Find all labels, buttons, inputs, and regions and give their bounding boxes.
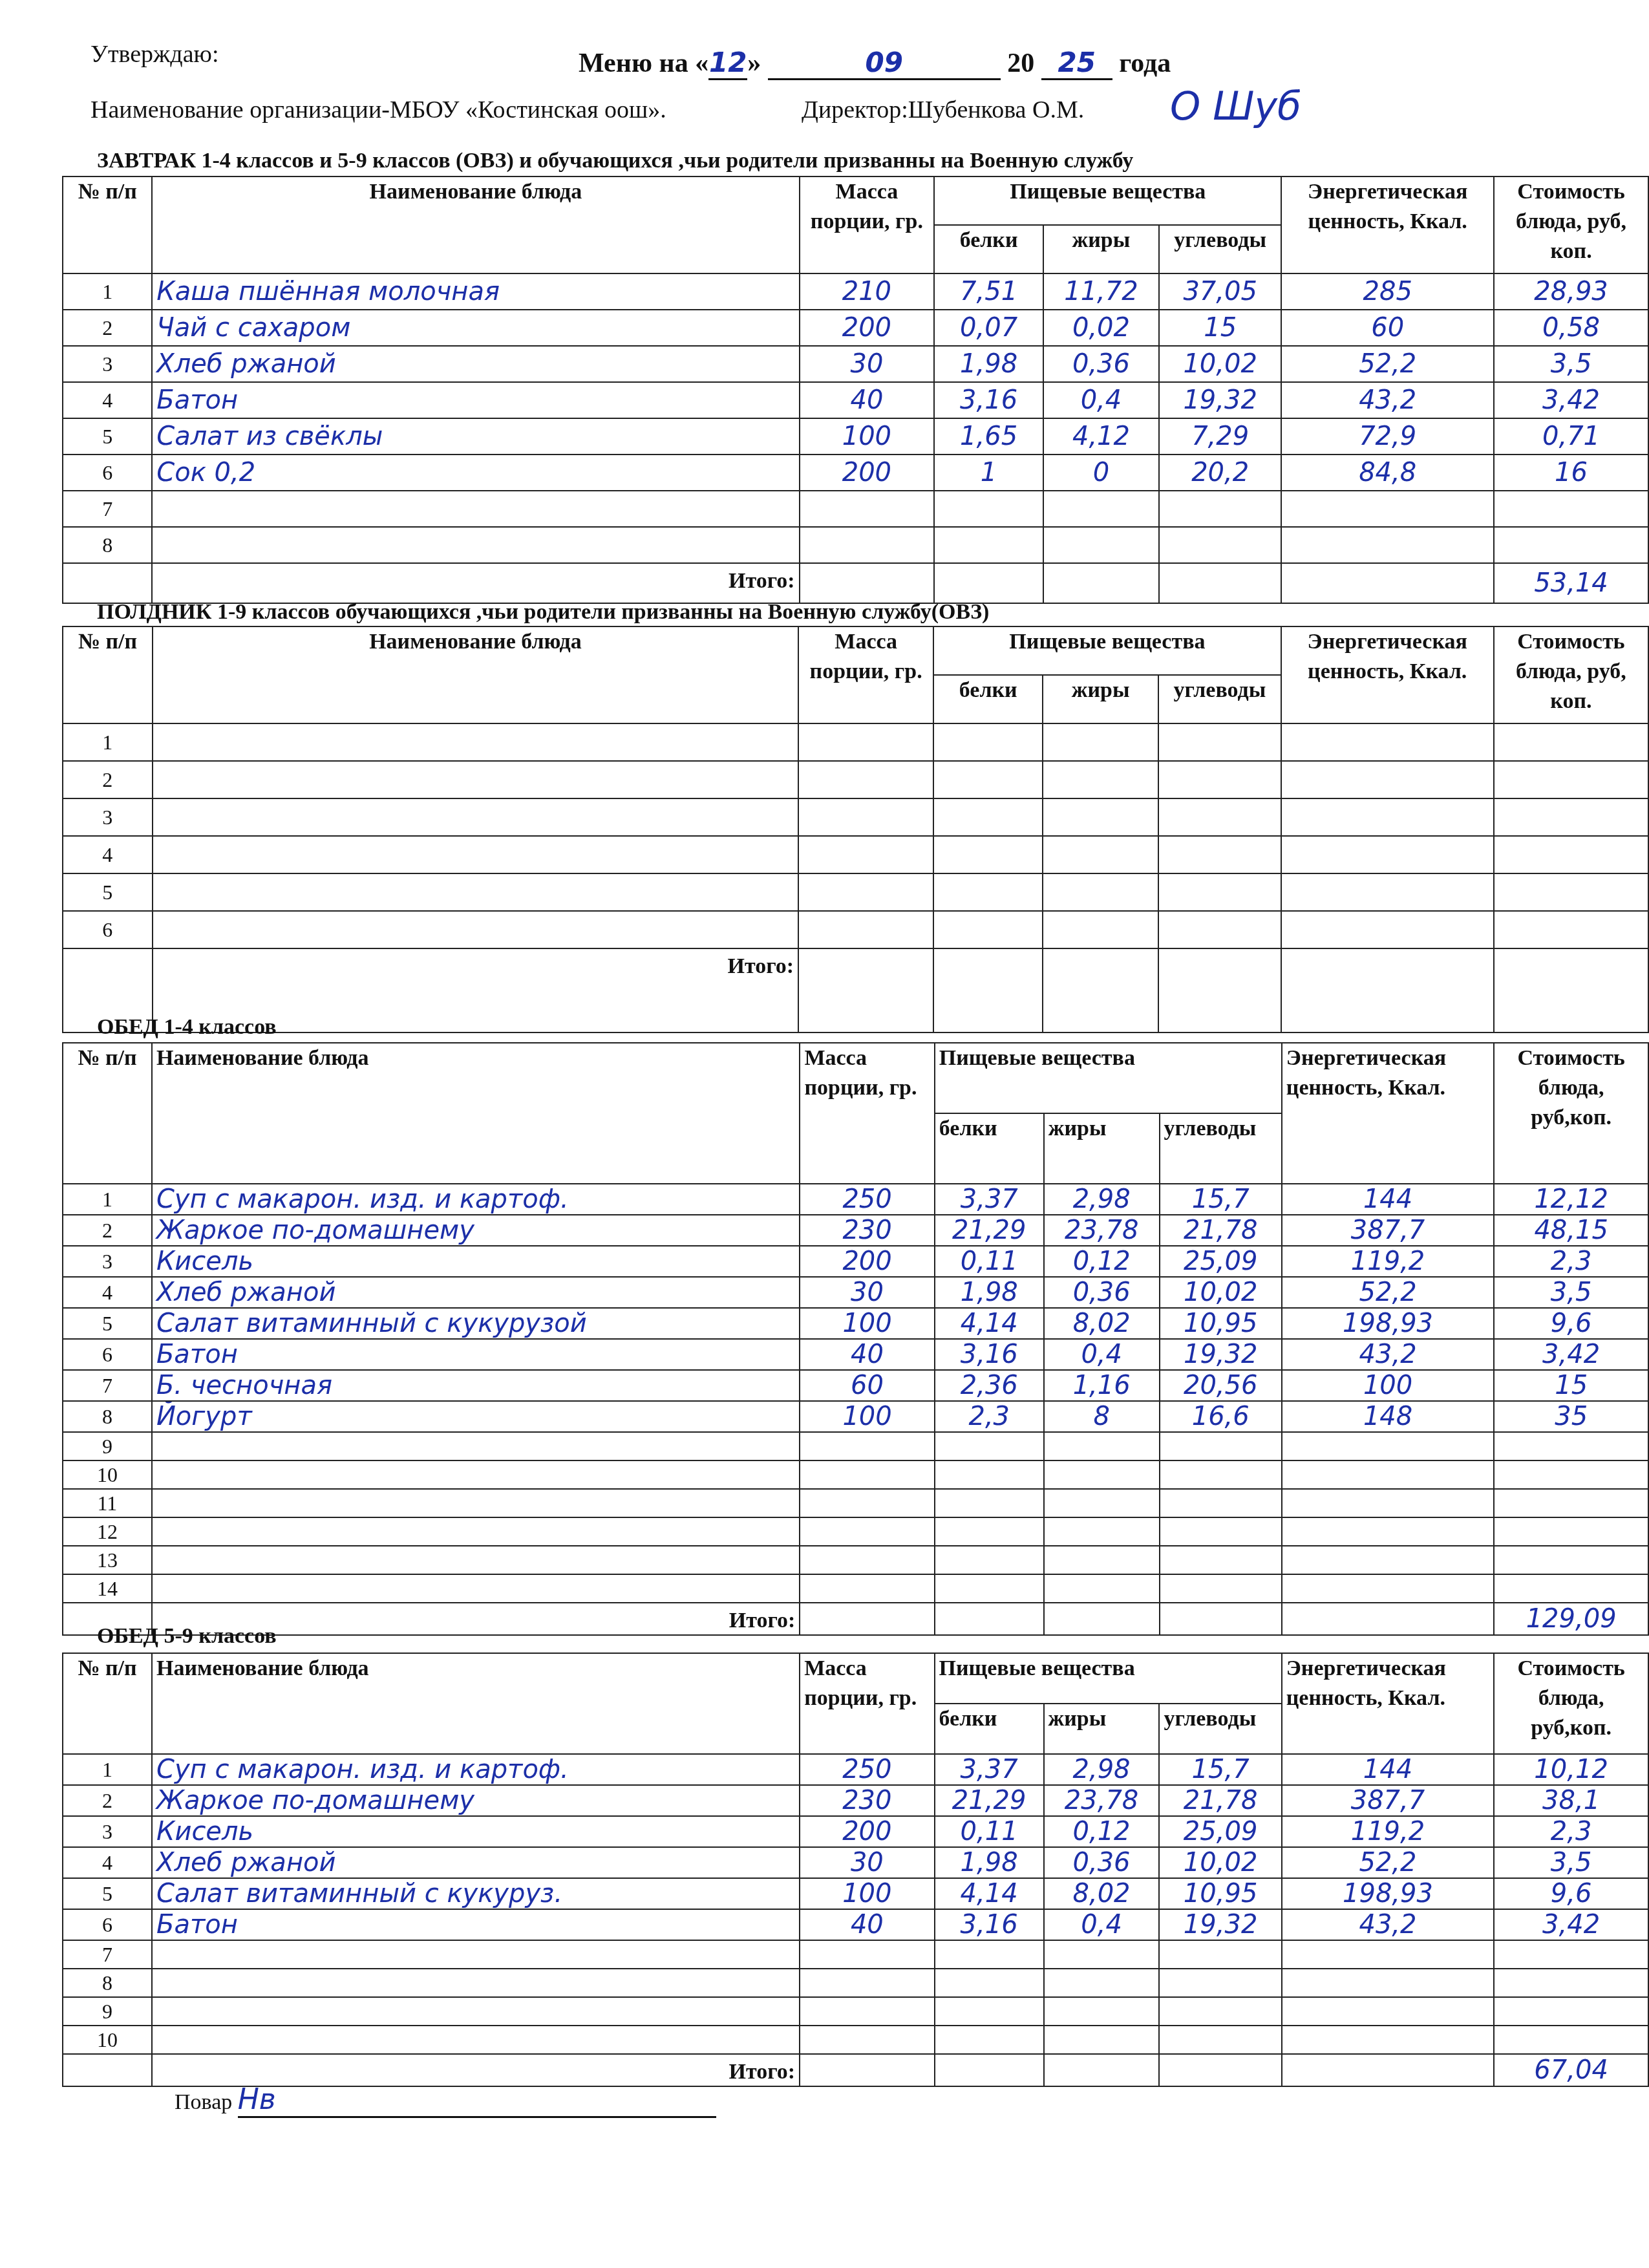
dish-cost: 38,1 bbox=[1494, 1785, 1648, 1816]
dish-name bbox=[153, 836, 798, 873]
dish-energy bbox=[1282, 1997, 1494, 2026]
table-row: 14 bbox=[63, 1574, 1648, 1603]
dish-energy bbox=[1281, 723, 1494, 761]
dish-cost bbox=[1494, 723, 1648, 761]
table-row: 4 bbox=[63, 836, 1648, 873]
dish-fat bbox=[1044, 1969, 1160, 1997]
dish-mass: 200 bbox=[800, 1816, 934, 1847]
table-row: 3 Хлеб ржаной 30 1,98 0,36 10,02 52,2 3,… bbox=[63, 346, 1648, 382]
dish-fat: 0 bbox=[1043, 455, 1159, 491]
dish-name: Хлеб ржаной bbox=[152, 1277, 800, 1308]
dish-name bbox=[153, 911, 798, 948]
dish-name bbox=[152, 527, 799, 563]
dish-energy bbox=[1281, 873, 1494, 911]
snack-table: № п/п Наименование блюда Масса порции, г… bbox=[62, 626, 1649, 1033]
dish-energy: 43,2 bbox=[1282, 1339, 1494, 1370]
lunch-5-9-title: ОБЕД 5-9 классов bbox=[97, 1624, 277, 1649]
dish-carbs bbox=[1160, 1489, 1282, 1517]
row-number: 9 bbox=[63, 1432, 152, 1460]
dish-energy bbox=[1282, 2026, 1494, 2054]
dish-mass: 30 bbox=[800, 346, 935, 382]
dish-energy bbox=[1282, 1432, 1494, 1460]
dish-carbs bbox=[1158, 836, 1281, 873]
table-row: 10 bbox=[63, 2026, 1648, 2054]
dish-mass: 230 bbox=[800, 1785, 934, 1816]
dish-name: Сок 0,2 bbox=[152, 455, 799, 491]
dish-energy: 52,2 bbox=[1282, 1847, 1494, 1878]
row-number: 8 bbox=[63, 1969, 152, 1997]
dish-mass bbox=[800, 1969, 934, 1997]
dish-cost bbox=[1494, 1489, 1648, 1517]
dish-cost: 3,42 bbox=[1494, 382, 1648, 418]
col-num: № п/п bbox=[63, 1043, 152, 1184]
dish-cost: 12,12 bbox=[1494, 1184, 1648, 1215]
dish-protein bbox=[933, 911, 1043, 948]
row-number: 9 bbox=[63, 1997, 152, 2026]
table-row: 1 Суп с макарон. изд. и картоф. 250 3,37… bbox=[63, 1754, 1648, 1785]
dish-energy bbox=[1282, 1574, 1494, 1603]
table-row: 6 Батон 40 3,16 0,4 19,32 43,2 3,42 bbox=[63, 1909, 1648, 1940]
dish-carbs bbox=[1159, 1940, 1281, 1969]
table-row: 3 Кисель 200 0,11 0,12 25,09 119,2 2,3 bbox=[63, 1816, 1648, 1847]
dish-fat: 11,72 bbox=[1043, 273, 1159, 310]
close-quote: » bbox=[747, 48, 761, 78]
dish-carbs bbox=[1158, 798, 1281, 836]
dish-protein bbox=[935, 1489, 1044, 1517]
lunch-1-4-title: ОБЕД 1-4 классов bbox=[97, 1015, 277, 1040]
dish-energy: 84,8 bbox=[1281, 455, 1494, 491]
row-number: 3 bbox=[63, 346, 152, 382]
dish-energy: 148 bbox=[1282, 1401, 1494, 1432]
row-number: 8 bbox=[63, 1401, 152, 1432]
cook-line: Повар Нв bbox=[175, 2083, 716, 2118]
dish-mass: 30 bbox=[800, 1277, 934, 1308]
col-fat: жиры bbox=[1044, 1704, 1160, 1754]
table-row: 9 bbox=[63, 1997, 1648, 2026]
dish-mass: 40 bbox=[800, 382, 935, 418]
dish-name: Салат витаминный с кукурузой bbox=[152, 1308, 800, 1339]
dish-mass bbox=[798, 761, 933, 798]
dish-name: Каша пшённая молочная bbox=[152, 273, 799, 310]
breakfast-title: ЗАВТРАК 1-4 классов и 5-9 классов (ОВЗ) … bbox=[97, 149, 1133, 173]
dish-carbs: 15,7 bbox=[1160, 1184, 1282, 1215]
row-number: 3 bbox=[63, 798, 153, 836]
dish-fat: 0,36 bbox=[1044, 1277, 1160, 1308]
table-row: 2 bbox=[63, 761, 1648, 798]
dish-protein: 3,37 bbox=[935, 1184, 1044, 1215]
dish-mass bbox=[800, 1940, 934, 1969]
row-number: 5 bbox=[63, 418, 152, 455]
dish-name bbox=[153, 798, 798, 836]
dish-carbs: 20,2 bbox=[1159, 455, 1281, 491]
dish-cost bbox=[1494, 836, 1648, 873]
total-cost: 129,09 bbox=[1494, 1603, 1648, 1635]
table-row: 2 Жаркое по-домашнему 230 21,29 23,78 21… bbox=[63, 1215, 1648, 1246]
dish-cost bbox=[1494, 1460, 1648, 1489]
dish-energy: 43,2 bbox=[1281, 382, 1494, 418]
dish-mass bbox=[798, 873, 933, 911]
dish-energy bbox=[1282, 1940, 1494, 1969]
dish-mass: 100 bbox=[800, 1878, 934, 1909]
dish-cost bbox=[1494, 2026, 1648, 2054]
cook-signature: Нв bbox=[238, 2083, 716, 2118]
table-row: 13 bbox=[63, 1546, 1648, 1574]
table-row: 11 bbox=[63, 1489, 1648, 1517]
row-number: 4 bbox=[63, 382, 152, 418]
dish-mass bbox=[798, 798, 933, 836]
dish-name bbox=[153, 723, 798, 761]
dish-fat: 0,4 bbox=[1044, 1909, 1160, 1940]
dish-name: Батон bbox=[152, 1909, 800, 1940]
dish-name: Салат из свёклы bbox=[152, 418, 799, 455]
row-number: 2 bbox=[63, 1785, 152, 1816]
total-label: Итого: bbox=[152, 563, 799, 603]
dish-mass bbox=[798, 723, 933, 761]
col-num: № п/п bbox=[63, 1653, 152, 1754]
dish-carbs: 10,95 bbox=[1159, 1878, 1281, 1909]
dish-carbs bbox=[1160, 1546, 1282, 1574]
dish-carbs bbox=[1160, 1432, 1282, 1460]
dish-carbs bbox=[1159, 527, 1281, 563]
dish-cost: 0,58 bbox=[1494, 310, 1648, 346]
col-mass: Масса порции, гр. bbox=[800, 1653, 934, 1754]
table-row: 9 bbox=[63, 1432, 1648, 1460]
dish-carbs bbox=[1158, 761, 1281, 798]
col-nutrients: Пищевые вещества bbox=[935, 1653, 1282, 1704]
dish-cost: 35 bbox=[1494, 1401, 1648, 1432]
dish-mass: 40 bbox=[800, 1339, 934, 1370]
col-nutrients: Пищевые вещества bbox=[934, 177, 1281, 225]
dish-name: Кисель bbox=[152, 1816, 800, 1847]
dish-fat: 0,4 bbox=[1043, 382, 1159, 418]
dish-name bbox=[152, 491, 799, 527]
col-name: Наименование блюда bbox=[152, 177, 799, 273]
dish-fat: 0,4 bbox=[1044, 1339, 1160, 1370]
dish-protein: 0,07 bbox=[934, 310, 1043, 346]
dish-fat: 0,36 bbox=[1044, 1847, 1160, 1878]
dish-energy: 144 bbox=[1282, 1754, 1494, 1785]
row-number: 1 bbox=[63, 723, 153, 761]
dish-name: Батон bbox=[152, 382, 799, 418]
dish-energy: 52,2 bbox=[1282, 1277, 1494, 1308]
total-cost bbox=[1494, 948, 1648, 1032]
dish-name: Б. чесночная bbox=[152, 1370, 800, 1401]
dish-protein bbox=[935, 2026, 1044, 2054]
dish-carbs bbox=[1159, 2026, 1281, 2054]
dish-mass: 230 bbox=[800, 1215, 934, 1246]
dish-fat bbox=[1043, 761, 1158, 798]
table-row: 10 bbox=[63, 1460, 1648, 1489]
col-protein: белки bbox=[933, 675, 1043, 723]
dish-carbs: 15,7 bbox=[1159, 1754, 1281, 1785]
col-protein: белки bbox=[935, 1113, 1044, 1184]
dish-mass: 100 bbox=[800, 418, 935, 455]
dish-protein: 1,98 bbox=[935, 1847, 1044, 1878]
table-row: 3 Кисель 200 0,11 0,12 25,09 119,2 2,3 bbox=[63, 1246, 1648, 1277]
dish-cost bbox=[1494, 527, 1648, 563]
row-number: 4 bbox=[63, 1847, 152, 1878]
dish-carbs bbox=[1158, 873, 1281, 911]
dish-protein bbox=[933, 761, 1043, 798]
dish-carbs: 20,56 bbox=[1160, 1370, 1282, 1401]
dish-cost: 9,6 bbox=[1494, 1878, 1648, 1909]
dish-energy bbox=[1282, 1546, 1494, 1574]
dish-protein: 3,16 bbox=[935, 1909, 1044, 1940]
col-name: Наименование блюда bbox=[152, 1653, 800, 1754]
dish-mass bbox=[798, 836, 933, 873]
total-row: Итого: 67,04 bbox=[63, 2054, 1648, 2086]
dish-mass bbox=[800, 1489, 934, 1517]
row-number: 13 bbox=[63, 1546, 152, 1574]
dish-protein bbox=[934, 527, 1043, 563]
dish-protein bbox=[935, 1517, 1044, 1546]
col-carbs: углеводы bbox=[1158, 675, 1281, 723]
dish-carbs: 19,32 bbox=[1159, 382, 1281, 418]
dish-energy: 60 bbox=[1281, 310, 1494, 346]
dish-protein: 0,11 bbox=[935, 1246, 1044, 1277]
dish-cost: 3,42 bbox=[1494, 1339, 1648, 1370]
dish-cost: 2,3 bbox=[1494, 1246, 1648, 1277]
table-row: 5 Салат из свёклы 100 1,65 4,12 7,29 72,… bbox=[63, 418, 1648, 455]
dish-fat: 0,12 bbox=[1044, 1816, 1160, 1847]
dish-cost: 2,3 bbox=[1494, 1816, 1648, 1847]
dish-energy bbox=[1281, 911, 1494, 948]
table-row: 7 bbox=[63, 491, 1648, 527]
table-row: 1 bbox=[63, 723, 1648, 761]
dish-fat: 4,12 bbox=[1043, 418, 1159, 455]
row-number: 3 bbox=[63, 1816, 152, 1847]
col-cost: Стоимость блюда, руб,коп. bbox=[1494, 1043, 1648, 1184]
dish-carbs: 10,02 bbox=[1159, 346, 1281, 382]
row-number: 5 bbox=[63, 1878, 152, 1909]
dish-carbs: 19,32 bbox=[1159, 1909, 1281, 1940]
dish-fat bbox=[1043, 873, 1158, 911]
row-number: 10 bbox=[63, 1460, 152, 1489]
col-name: Наименование блюда bbox=[152, 1043, 800, 1184]
row-number: 7 bbox=[63, 491, 152, 527]
row-number: 7 bbox=[63, 1940, 152, 1969]
dish-fat bbox=[1044, 1460, 1160, 1489]
col-carbs: углеводы bbox=[1159, 1704, 1281, 1754]
dish-protein bbox=[935, 1432, 1044, 1460]
snack-title: ПОЛДНИК 1-9 классов обучающихся ,чьи род… bbox=[97, 600, 989, 625]
dish-name: Кисель bbox=[152, 1246, 800, 1277]
dish-protein: 3,16 bbox=[934, 382, 1043, 418]
dish-cost bbox=[1494, 1940, 1648, 1969]
dish-name: Жаркое по-домашнему bbox=[152, 1785, 800, 1816]
row-number: 4 bbox=[63, 1277, 152, 1308]
dish-cost bbox=[1494, 798, 1648, 836]
year-suffix: года bbox=[1119, 48, 1171, 78]
dish-mass bbox=[800, 1517, 934, 1546]
dish-energy bbox=[1281, 798, 1494, 836]
col-num: № п/п bbox=[63, 177, 152, 273]
total-row: Итого: 53,14 bbox=[63, 563, 1648, 603]
dish-name: Хлеб ржаной bbox=[152, 1847, 800, 1878]
dish-fat: 0,36 bbox=[1043, 346, 1159, 382]
month-value: 09 bbox=[768, 47, 1001, 80]
dish-fat bbox=[1044, 1940, 1160, 1969]
dish-mass: 200 bbox=[800, 310, 935, 346]
dish-cost bbox=[1494, 1517, 1648, 1546]
dish-mass bbox=[800, 1997, 934, 2026]
table-row: 1 Каша пшённая молочная 210 7,51 11,72 3… bbox=[63, 273, 1648, 310]
col-protein: белки bbox=[934, 225, 1043, 273]
dish-cost: 3,5 bbox=[1494, 1277, 1648, 1308]
dish-carbs: 15 bbox=[1159, 310, 1281, 346]
table-row: 3 bbox=[63, 798, 1648, 836]
dish-energy bbox=[1282, 1517, 1494, 1546]
col-fat: жиры bbox=[1043, 225, 1159, 273]
dish-protein bbox=[934, 491, 1043, 527]
dish-cost: 15 bbox=[1494, 1370, 1648, 1401]
dish-protein bbox=[935, 1460, 1044, 1489]
col-num: № п/п bbox=[63, 626, 153, 723]
dish-carbs: 10,02 bbox=[1159, 1847, 1281, 1878]
row-number: 14 bbox=[63, 1574, 152, 1603]
row-number: 6 bbox=[63, 1339, 152, 1370]
dish-mass bbox=[798, 911, 933, 948]
dish-protein: 4,14 bbox=[935, 1308, 1044, 1339]
year-prefix: 20 bbox=[1007, 48, 1034, 78]
col-name: Наименование блюда bbox=[153, 626, 798, 723]
dish-fat: 1,16 bbox=[1044, 1370, 1160, 1401]
dish-fat: 23,78 bbox=[1044, 1215, 1160, 1246]
dish-mass: 100 bbox=[800, 1308, 934, 1339]
dish-name: Салат витаминный с кукуруз. bbox=[152, 1878, 800, 1909]
dish-protein bbox=[935, 1997, 1044, 2026]
dish-cost: 10,12 bbox=[1494, 1754, 1648, 1785]
dish-carbs: 25,09 bbox=[1160, 1246, 1282, 1277]
dish-energy bbox=[1282, 1460, 1494, 1489]
table-row: 4 Хлеб ржаной 30 1,98 0,36 10,02 52,2 3,… bbox=[63, 1847, 1648, 1878]
dish-protein: 1,65 bbox=[934, 418, 1043, 455]
row-number: 1 bbox=[63, 273, 152, 310]
col-cost: Стоимость блюда, руб, коп. bbox=[1494, 626, 1648, 723]
table-row: 6 bbox=[63, 911, 1648, 948]
col-cost: Стоимость блюда, руб, коп. bbox=[1494, 177, 1648, 273]
table-row: 2 Жаркое по-домашнему 230 21,29 23,78 21… bbox=[63, 1785, 1648, 1816]
lunch-5-9-table: № п/п Наименование блюда Масса порции, г… bbox=[62, 1653, 1649, 2087]
dish-cost bbox=[1494, 1432, 1648, 1460]
dish-cost bbox=[1494, 761, 1648, 798]
dish-carbs bbox=[1159, 1969, 1281, 1997]
dish-carbs: 7,29 bbox=[1159, 418, 1281, 455]
dish-protein: 1,98 bbox=[935, 1277, 1044, 1308]
dish-fat bbox=[1044, 1432, 1160, 1460]
dish-protein: 3,16 bbox=[935, 1339, 1044, 1370]
dish-name bbox=[152, 1432, 800, 1460]
dish-energy: 198,93 bbox=[1282, 1308, 1494, 1339]
table-row: 8 bbox=[63, 1969, 1648, 1997]
dish-protein: 1,98 bbox=[934, 346, 1043, 382]
dish-carbs bbox=[1160, 1517, 1282, 1546]
dish-mass bbox=[800, 1432, 934, 1460]
dish-name: Суп с макарон. изд. и картоф. bbox=[152, 1754, 800, 1785]
dish-name bbox=[152, 2026, 800, 2054]
dish-energy: 43,2 bbox=[1282, 1909, 1494, 1940]
day-value: 12 bbox=[708, 47, 747, 80]
row-number: 11 bbox=[63, 1489, 152, 1517]
dish-energy: 119,2 bbox=[1282, 1246, 1494, 1277]
dish-energy: 72,9 bbox=[1281, 418, 1494, 455]
dish-protein: 3,37 bbox=[935, 1754, 1044, 1785]
col-nutrients: Пищевые вещества bbox=[933, 626, 1281, 675]
col-energy: Энергетическая ценность, Ккал. bbox=[1282, 1043, 1494, 1184]
dish-cost bbox=[1494, 491, 1648, 527]
dish-mass: 60 bbox=[800, 1370, 934, 1401]
dish-mass bbox=[800, 491, 935, 527]
row-number: 7 bbox=[63, 1370, 152, 1401]
table-row: 8 Йогурт 100 2,3 8 16,6 148 35 bbox=[63, 1401, 1648, 1432]
row-number: 4 bbox=[63, 836, 153, 873]
table-row: 8 bbox=[63, 527, 1648, 563]
dish-fat bbox=[1043, 723, 1158, 761]
dish-mass: 200 bbox=[800, 1246, 934, 1277]
dish-carbs bbox=[1159, 1997, 1281, 2026]
dish-carbs: 10,02 bbox=[1160, 1277, 1282, 1308]
table-row: 2 Чай с сахаром 200 0,07 0,02 15 60 0,58 bbox=[63, 310, 1648, 346]
col-energy: Энергетическая ценность, Ккал. bbox=[1282, 1653, 1494, 1754]
dish-name bbox=[152, 1969, 800, 1997]
dish-energy: 285 bbox=[1281, 273, 1494, 310]
dish-cost bbox=[1494, 911, 1648, 948]
table-row: 1 Суп с макарон. изд. и картоф. 250 3,37… bbox=[63, 1184, 1648, 1215]
row-number: 3 bbox=[63, 1246, 152, 1277]
dish-cost: 16 bbox=[1494, 455, 1648, 491]
table-row: 5 Салат витаминный с кукурузой 100 4,14 … bbox=[63, 1308, 1648, 1339]
dish-mass bbox=[800, 1546, 934, 1574]
dish-fat: 8 bbox=[1044, 1401, 1160, 1432]
dish-fat: 2,98 bbox=[1044, 1754, 1160, 1785]
dish-cost: 28,93 bbox=[1494, 273, 1648, 310]
organization-label: Наименование организации-МБОУ «Костинска… bbox=[90, 96, 666, 124]
dish-carbs bbox=[1159, 491, 1281, 527]
total-cost: 53,14 bbox=[1494, 563, 1648, 603]
dish-protein: 7,51 bbox=[934, 273, 1043, 310]
dish-protein bbox=[935, 1546, 1044, 1574]
dish-protein bbox=[933, 836, 1043, 873]
row-number: 2 bbox=[63, 310, 152, 346]
col-mass: Масса порции, гр. bbox=[800, 1043, 934, 1184]
total-cost: 67,04 bbox=[1494, 2054, 1648, 2086]
director-label: Директор:Шубенкова О.М. bbox=[802, 96, 1084, 124]
dish-mass: 250 bbox=[800, 1754, 934, 1785]
dish-fat bbox=[1044, 1574, 1160, 1603]
dish-energy bbox=[1282, 1969, 1494, 1997]
dish-mass bbox=[800, 2026, 934, 2054]
dish-protein: 2,3 bbox=[935, 1401, 1044, 1432]
dish-fat bbox=[1044, 1546, 1160, 1574]
row-number: 1 bbox=[63, 1184, 152, 1215]
row-number: 6 bbox=[63, 911, 153, 948]
dish-fat bbox=[1044, 1997, 1160, 2026]
col-mass: Масса порции, гр. bbox=[798, 626, 933, 723]
dish-carbs: 25,09 bbox=[1159, 1816, 1281, 1847]
total-row: Итого: 129,09 bbox=[63, 1603, 1648, 1635]
dish-cost bbox=[1494, 1546, 1648, 1574]
dish-fat bbox=[1043, 527, 1159, 563]
cook-label: Повар bbox=[175, 2090, 232, 2114]
table-row: 5 bbox=[63, 873, 1648, 911]
dish-name: Суп с макарон. изд. и картоф. bbox=[152, 1184, 800, 1215]
dish-fat: 8,02 bbox=[1044, 1878, 1160, 1909]
dish-energy: 387,7 bbox=[1282, 1785, 1494, 1816]
row-number: 5 bbox=[63, 1308, 152, 1339]
col-carbs: углеводы bbox=[1160, 1113, 1282, 1184]
row-number: 12 bbox=[63, 1517, 152, 1546]
dish-fat bbox=[1043, 836, 1158, 873]
